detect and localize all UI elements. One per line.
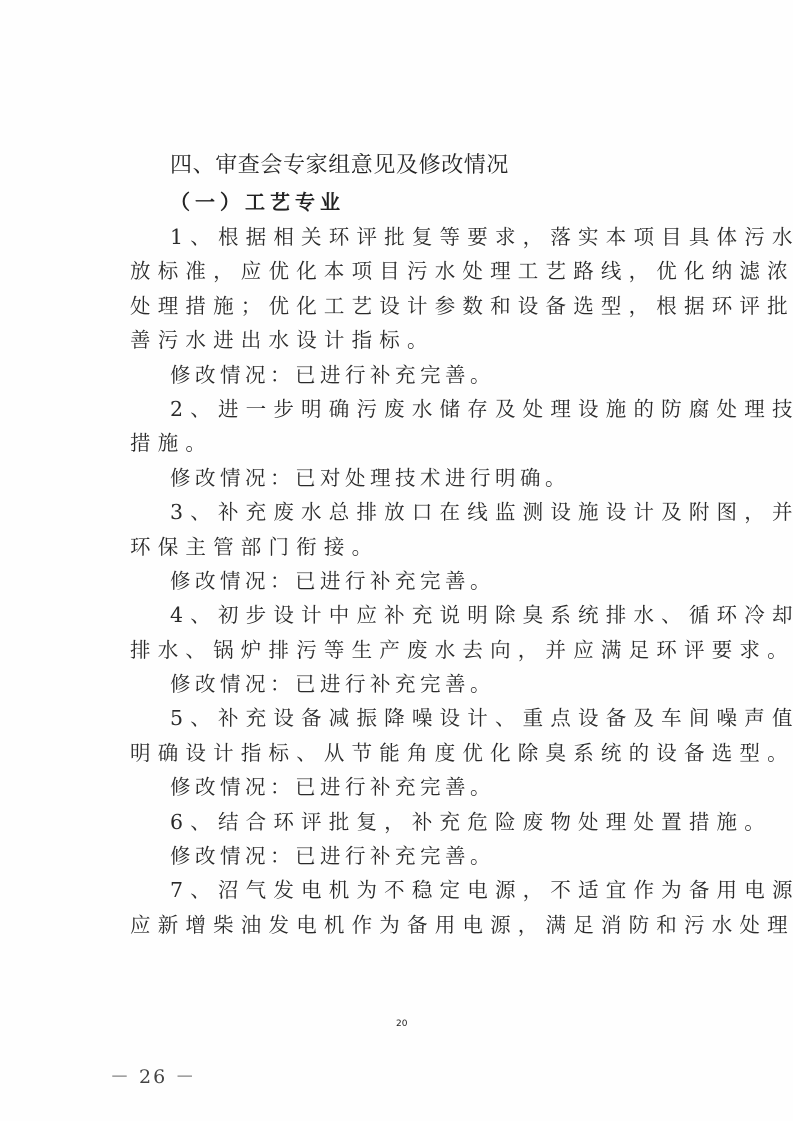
item-5-line-2: 明确设计指标、从节能角度优化除臭系统的设备选型。	[130, 736, 660, 770]
item-4-line-2: 排水、锅炉排污等生产废水去向，并应满足环评要求。	[130, 633, 660, 667]
item-4-line-1: 4、初步设计中应补充说明除臭系统排水、循环冷却水	[130, 598, 660, 632]
item-3-line-1: 3、补充废水总排放口在线监测设施设计及附图，并与	[130, 495, 660, 529]
item-2-line-1: 2、进一步明确污废水储存及处理设施的防腐处理技术	[130, 392, 660, 426]
item-6-response: 修改情况：已进行补充完善。	[130, 839, 660, 873]
section-title: 四、审查会专家组意见及修改情况	[130, 148, 660, 184]
item-7-line-2: 应新增柴油发电机作为备用电源，满足消防和污水处理等二	[130, 908, 660, 942]
item-3-response: 修改情况：已进行补充完善。	[130, 564, 660, 598]
item-7-line-1: 7、沼气发电机为不稳定电源，不适宜作为备用电源，	[130, 873, 660, 907]
item-3-line-2: 环保主管部门衔接。	[130, 530, 660, 564]
document-page: 四、审查会专家组意见及修改情况 （一）工艺专业 1、根据相关环评批复等要求，落实…	[0, 0, 793, 1121]
item-2-response: 修改情况：已对处理技术进行明确。	[130, 461, 660, 495]
item-1-line-1: 1、根据相关环评批复等要求，落实本项目具体污水排	[130, 220, 660, 254]
item-5-response: 修改情况：已进行补充完善。	[130, 770, 660, 804]
outer-page-number: － 26 －	[110, 1062, 196, 1089]
inner-page-number: 20	[396, 1019, 407, 1029]
item-2-line-2: 措施。	[130, 426, 660, 460]
item-4-response: 修改情况：已进行补充完善。	[130, 667, 660, 701]
item-1-line-4: 善污水进出水设计指标。	[130, 323, 660, 357]
item-1-line-3: 处理措施；优化工艺设计参数和设备选型，根据环评批复完	[130, 289, 660, 323]
item-1-line-2: 放标准，应优化本项目污水处理工艺路线，优化纳滤浓缩液	[130, 254, 660, 288]
item-5-line-1: 5、补充设备减振降噪设计、重点设备及车间噪声值应	[130, 701, 660, 735]
subsection-title: （一）工艺专业	[130, 184, 660, 220]
item-6-line-1: 6、结合环评批复，补充危险废物处理处置措施。	[130, 805, 660, 839]
item-1-response: 修改情况：已进行补充完善。	[130, 358, 660, 392]
document-body: 四、审查会专家组意见及修改情况 （一）工艺专业 1、根据相关环评批复等要求，落实…	[130, 148, 660, 942]
